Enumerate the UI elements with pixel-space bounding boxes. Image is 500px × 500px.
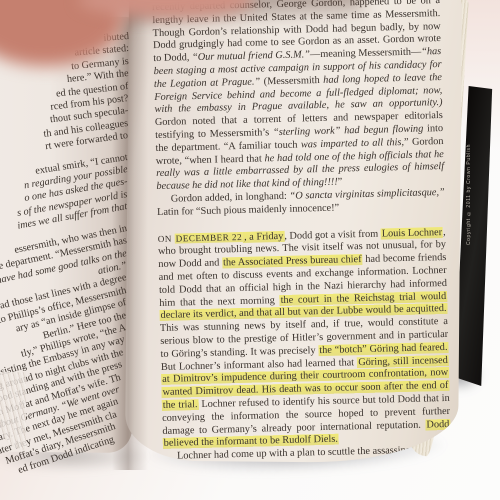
text-segment: was imparted to all this,	[301, 137, 404, 151]
text-segment: Gordon added, in longhand:	[171, 191, 290, 205]
copyright-side-text: Copyright © 2011 by Crown Publish	[466, 144, 472, 245]
right-page-text: recently departed counselor, George Gord…	[152, 0, 451, 463]
spine-gutter-shadow	[112, 0, 148, 470]
highlighted-text: DECEMBER 22	[175, 231, 244, 243]
text-segment: ”	[338, 177, 343, 188]
text-segment: Lochner refused to identify his source b…	[162, 393, 450, 437]
paragraph: ON DECEMBER 22, a Friday, Dodd got a vis…	[158, 226, 451, 452]
text-segment: “O sancta virginitas simplicitasque,”	[289, 187, 444, 202]
right-page: recently departed counselor, George Gord…	[125, 0, 462, 463]
text-segment: , Dodd got a visit from	[284, 228, 381, 241]
text-segment: “Our mutual friend G.S.M.”	[192, 49, 310, 63]
paragraph: recently departed counselor, George Gord…	[152, 0, 445, 194]
highlighted-text: the “botch” Göring had feared.	[318, 342, 448, 356]
open-book-photo: ibutedarticle stated:to Germany ishere.”…	[0, 0, 500, 500]
text-segment: —meaning Messersmith—	[310, 47, 422, 61]
highlighted-text: Louis Lochner	[381, 227, 444, 240]
left-page-curl-edge	[0, 372, 26, 450]
highlighted-text: the Associated Press bureau chief	[222, 254, 363, 268]
text-segment: Latin for “Such pious maidenly innocence…	[157, 202, 339, 217]
text-segment: (Messersmith	[260, 75, 323, 88]
highlighted-text: , a Friday	[243, 230, 284, 242]
text-segment: ON	[158, 233, 175, 243]
